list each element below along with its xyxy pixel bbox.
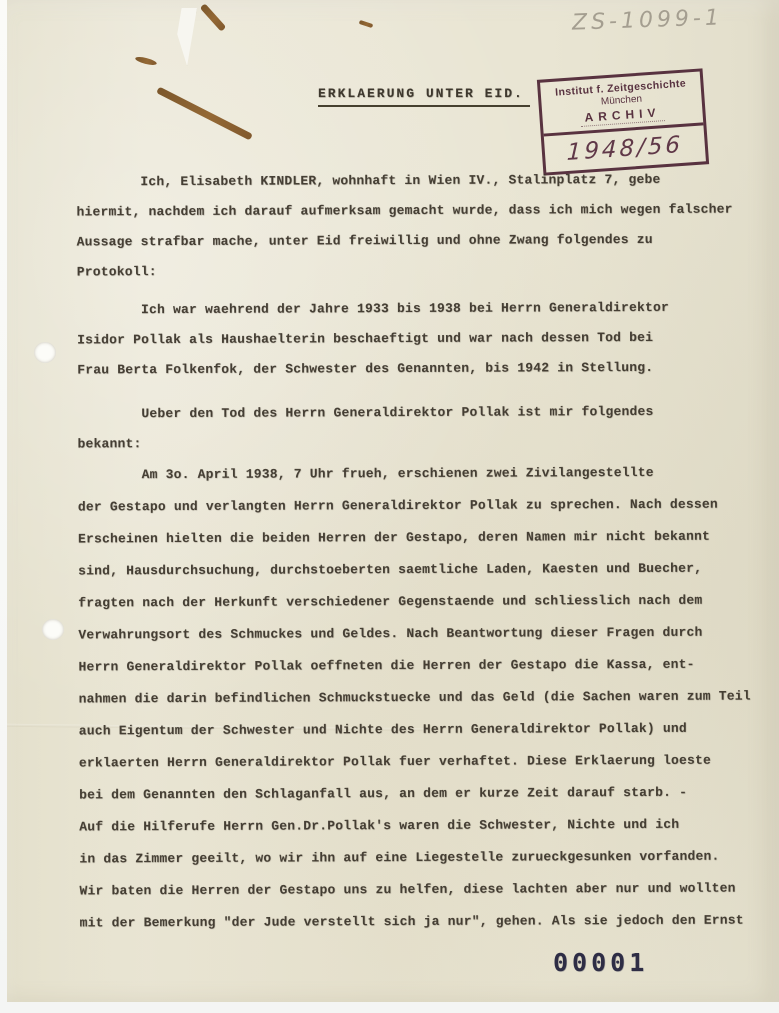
typed-line: nahmen die darin befindlichen Schmuckstu…	[79, 681, 739, 716]
typed-line: Verwahrungsort des Schmuckes und Geldes.…	[78, 617, 738, 652]
typed-line: Ueber den Tod des Herrn Generaldirektor …	[77, 397, 737, 430]
typed-line: Am 3o. April 1938, 7 Uhr frueh, erschien…	[78, 457, 738, 492]
typed-line: bei dem Genannten den Schlaganfall aus, …	[79, 777, 739, 812]
punch-hole-bottom	[42, 619, 64, 640]
typed-line: Isidor Pollak als Haushaelterin beschaef…	[77, 323, 737, 356]
typed-line: fragten nach der Herkunft verschiedener …	[78, 585, 738, 620]
typed-line: erklaerten Herrn Generaldirektor Pollak …	[79, 745, 739, 780]
typed-line: Frau Berta Folkenfok, der Schwester des …	[77, 353, 737, 386]
typed-line: hiermit, nachdem ich darauf aufmerksam g…	[76, 195, 736, 228]
paragraph: Am 3o. April 1938, 7 Uhr frueh, erschien…	[78, 457, 740, 940]
typed-line: Protokoll:	[77, 255, 737, 288]
typed-line: Aussage strafbar mache, unter Eid freiwi…	[77, 225, 737, 258]
typed-line: Erscheinen hielten die beiden Herren der…	[78, 521, 738, 556]
stamp-archiv-label: ARCHIV	[580, 105, 665, 127]
typed-line: mit der Bemerkung "der Jude verstellt si…	[80, 905, 740, 940]
typed-line: auch Eigentum der Schwester und Nichte d…	[79, 713, 739, 748]
typed-line: in das Zimmer geeilt, wo wir ihn auf ein…	[79, 841, 739, 876]
pencil-reference-number: ZS-1099-1	[572, 5, 724, 35]
typed-line: Ich war waehrend der Jahre 1933 bis 1938…	[77, 293, 737, 326]
page-number-stamp: 00001	[553, 948, 648, 977]
typed-line: Wir baten die Herren der Gestapo uns zu …	[79, 873, 739, 908]
rust-stain	[359, 20, 374, 28]
rust-stain	[135, 55, 158, 66]
typed-line: Ich, Elisabeth KINDLER, wohnhaft in Wien…	[76, 165, 736, 198]
rust-stain	[200, 3, 227, 31]
typed-line: Herrn Generaldirektor Pollak oeffneten d…	[78, 649, 738, 684]
typed-line: der Gestapo und verlangten Herrn General…	[78, 489, 738, 524]
paper-tear	[175, 8, 197, 66]
paragraph: Ich war waehrend der Jahre 1933 bis 1938…	[77, 293, 737, 386]
paragraph: Ich, Elisabeth KINDLER, wohnhaft in Wien…	[76, 165, 737, 288]
document-title: ERKLAERUNG UNTER EID.	[318, 86, 530, 107]
punch-hole-top	[34, 342, 56, 363]
paragraph: Ueber den Tod des Herrn Generaldirektor …	[77, 397, 737, 460]
typed-body: Ich, Elisabeth KINDLER, wohnhaft in Wien…	[76, 165, 739, 940]
archive-stamp: Institut f. Zeitgeschichte München ARCHI…	[537, 68, 709, 175]
rust-stain	[156, 87, 253, 141]
typed-line: sind, Hausdurchsuchung, durchstoeberten …	[78, 553, 738, 588]
typed-line: bekannt:	[77, 427, 737, 460]
typed-line: Auf die Hilferufe Herrn Gen.Dr.Pollak's …	[79, 809, 739, 844]
